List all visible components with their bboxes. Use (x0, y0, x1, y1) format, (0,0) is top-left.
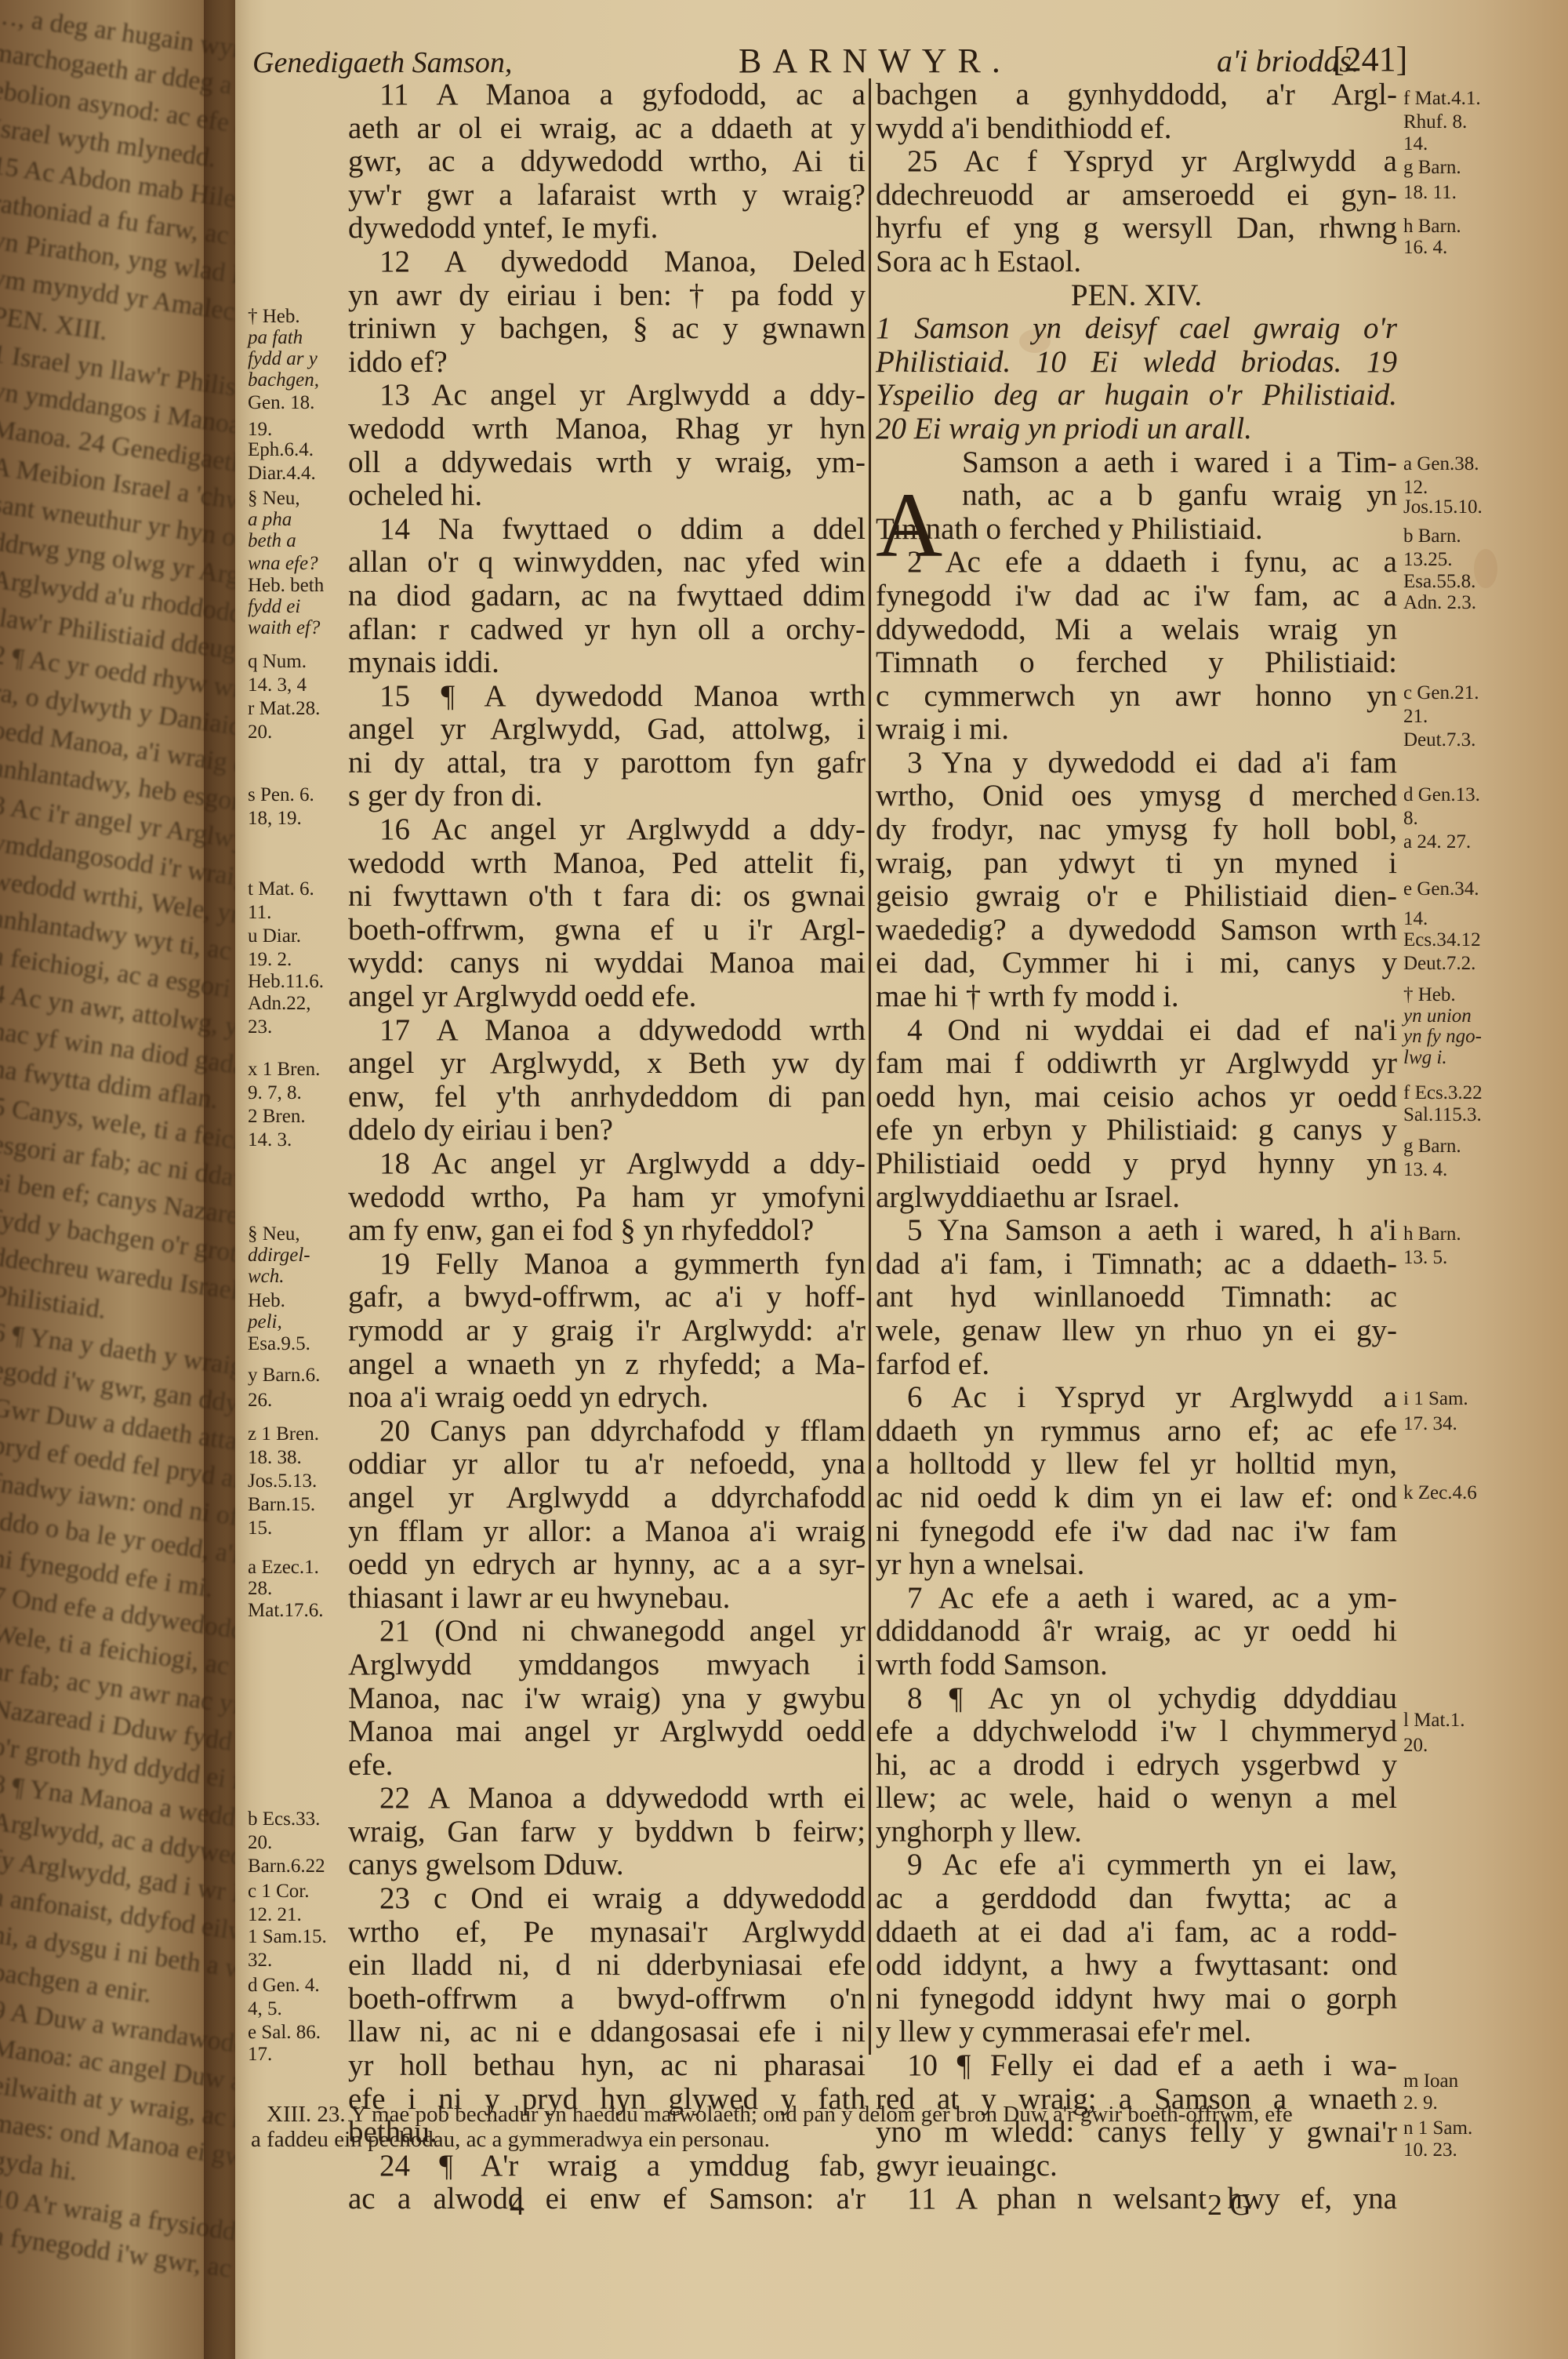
verse-line: oedd hyn, mai ceisio achos yr oedd (876, 1081, 1397, 1114)
cross-reference: yn fy ngo- (1403, 1026, 1482, 1047)
cross-reference: Ecs.34.12 (1403, 929, 1481, 951)
cross-reference: Heb. beth (248, 575, 324, 596)
verse-line: 18 Ac angel yr Arglwydd a ddy- (348, 1147, 866, 1181)
verse-line: Manoa mai angel yr Arglwydd oedd (348, 1715, 866, 1749)
cross-reference: 18. 38. (248, 1447, 302, 1468)
verse-line: ni dy attal, tra y parottom fyn gafr (348, 747, 866, 780)
verse-line: hyrfu ef yng g wersyll Dan, rhwng (876, 212, 1397, 245)
verse-line: oddiar yr allor tu a'r nefoedd, yna (348, 1448, 866, 1481)
cross-reference: beth a (248, 530, 296, 551)
verse-line: ddaeth yn rymmus arno ef; ac efe (876, 1415, 1397, 1448)
verse-line: ddelo dy eiriau i ben? (348, 1114, 866, 1147)
verse-line: angel yr Arglwydd a ddyrchafodd (348, 1481, 866, 1515)
verse-line: aeth ar ol ei wraig, ac a ddaeth at y (348, 112, 866, 146)
cross-reference: † Heb. (1403, 984, 1456, 1005)
cross-reference: 19. 2. (248, 949, 292, 970)
cross-reference: Gen. 18. (248, 392, 314, 413)
cross-reference: f Ecs.3.22 (1403, 1082, 1483, 1103)
cross-reference: 11. (248, 902, 271, 923)
verse-line: oedd yn edrych ar hynny, ac a a syr- (348, 1548, 866, 1582)
cross-reference: 19. (248, 419, 272, 440)
cross-reference: peli, (248, 1311, 282, 1332)
cross-reference: fydd ei (248, 596, 300, 617)
verse-line: y llew y cymmerasai efe'r mel. (876, 2016, 1397, 2049)
verse-line: ddywedodd, Mi a welais wraig yn (876, 613, 1397, 647)
book-gutter (204, 0, 251, 2359)
cross-reference: lwg i. (1403, 1047, 1447, 1068)
cross-reference: 20. (1403, 1735, 1428, 1756)
cross-reference: h Barn. (1403, 1223, 1461, 1245)
verse-line: ni fwyttawn o'th t fara di: os gwnai (348, 880, 866, 914)
chapter-summary-line: Philistiaid. 10 Ei wledd briodas. 19 (876, 346, 1397, 380)
left-page-line: PEN. XIII. (0, 301, 109, 347)
verse-line: 4 Ond ni wyddai ei dad ef na'i (876, 1014, 1397, 1048)
verse-line: angel a wnaeth yn z rhyfedd; a Ma- (348, 1348, 866, 1382)
verse-line: na diod gadarn, ac na fwyttaed ddim (348, 580, 866, 613)
cross-reference: waith ef? (248, 617, 320, 638)
column-rule (869, 78, 871, 2055)
verse-line: nath, ac a b ganfu wraig yn (876, 479, 1397, 513)
verse-line: yn awr dy eiriau i ben: † pa fodd y (348, 279, 866, 313)
cross-reference: § Neu, (248, 488, 300, 509)
cross-reference: fydd ar y (248, 348, 318, 369)
chapter-footnote: XIII. 23. Y mae pob bechadur yn haeddu m… (267, 2102, 1537, 2152)
verse-line: Timnath o ferched y Philistiaid. (876, 513, 1397, 547)
cross-reference: yn union (1403, 1005, 1472, 1027)
verse-line: 11 A phan n welsant hwy ef, yna (876, 2183, 1397, 2216)
cross-reference: ddirgel- (248, 1245, 310, 1266)
verse-line: wedodd wrth Manoa, Rhag yr hyn (348, 413, 866, 446)
verse-line: yn fflam yr allor: a Manoa a'i wraig (348, 1515, 866, 1549)
cross-reference: wch. (248, 1266, 285, 1287)
left-page-line: Philistiaid. (0, 1280, 108, 1325)
verse-line: gwr, ac a ddywedodd wrtho, Ai ti (348, 145, 866, 179)
verse-line: ni fynegodd efe i'w dad nac i'w fam (876, 1515, 1397, 1549)
verse-line: dad a'i fam, i Timnath; ac a ddaeth- (876, 1248, 1397, 1281)
cross-reference: bachgen, (248, 369, 319, 391)
verse-line: 13 Ac angel yr Arglwydd a ddy- (348, 379, 866, 413)
verse-line: 12 A dywedodd Manoa, Deled (348, 245, 866, 279)
cross-reference: i 1 Sam. (1403, 1388, 1468, 1409)
cross-reference: g Barn. (1403, 157, 1461, 178)
verse-line: efe. (348, 1749, 866, 1783)
verse-line: efe a ddychwelodd i'w l chymmeryd (876, 1715, 1397, 1749)
left-page-line: gyda hi. (0, 2146, 79, 2187)
cross-reference: Deut.7.2. (1403, 953, 1475, 974)
verse-line: 3 Yna y dywedodd ei dad a'i fam (876, 747, 1397, 780)
cross-reference: t Mat. 6. (248, 878, 314, 900)
verse-line: ac nid oedd k dim yn ei law ef: ond (876, 1481, 1397, 1515)
verse-line: efe yn erbyn y Philistiaid: g canys y (876, 1114, 1397, 1147)
verse-line: ddiddanodd â'r wraig, ac yr oedd hi (876, 1615, 1397, 1648)
cross-reference: Mat.17.6. (248, 1600, 324, 1621)
verse-line: ein lladd ni, d ni dderbyniasai efe (348, 1949, 866, 1983)
cross-reference: 20. (248, 722, 272, 743)
cross-reference: 14. 3, 4 (248, 674, 307, 696)
cross-reference: x 1 Bren. (248, 1059, 320, 1080)
cross-reference: 13.25. (1403, 549, 1453, 570)
verse-line: 20 Canys pan ddyrchafodd y fflam (348, 1415, 866, 1448)
cross-reference: h Barn. (1403, 216, 1461, 237)
verse-line: boeth-offrwm, gwna ef u i'r Argl- (348, 914, 866, 947)
verse-line: wydd: canys ni wyddai Manoa mai (348, 947, 866, 980)
cross-reference: Esa.55.8. (1403, 571, 1475, 592)
cross-reference: Sal.115.3. (1403, 1104, 1482, 1125)
cross-reference: g Barn. (1403, 1136, 1461, 1157)
verse-line: ocheled hi. (348, 479, 866, 513)
cross-reference: 13. 5. (1403, 1247, 1447, 1268)
running-title-left: Genedigaeth Samson, (252, 45, 512, 80)
cross-reference: Heb.11.6. (248, 971, 324, 992)
verse-line: waededig? a dywedodd Samson wrth (876, 914, 1397, 947)
verse-line: ddechreuodd ar amseroedd ei gyn- (876, 179, 1397, 213)
cross-reference: pa fath (248, 327, 303, 348)
cross-reference: 2 Bren. (248, 1106, 306, 1127)
cross-reference: l Mat.1. (1403, 1710, 1465, 1731)
verse-line: noa a'i wraig oedd yn edrych. (348, 1381, 866, 1415)
verse-line: farfod ef. (876, 1348, 1397, 1382)
verse-line: wedodd wrth Manoa, Ped attelit fi, (348, 847, 866, 881)
cross-reference: e Sal. 86. (248, 2022, 321, 2043)
verse-line: angel yr Arglwydd, x Beth yw dy (348, 1047, 866, 1081)
cross-reference: 14. (1403, 133, 1428, 154)
cross-reference: y Barn.6. (248, 1365, 320, 1386)
facing-left-page: …, a deg ar hugain wyrion…marchogaeth ar… (0, 0, 235, 2359)
cross-reference: u Diar. (248, 925, 301, 947)
cross-reference: m Ioan (1403, 2070, 1458, 2092)
cross-reference: c 1 Cor. (248, 1881, 309, 1902)
cross-reference: c Gen.21. (1403, 682, 1479, 703)
verse-line: yr holl bethau hyn, ac ni pharasai (348, 2049, 866, 2083)
verse-line: ei dad, Cymmer hi i mi, canys y (876, 947, 1397, 980)
verse-line: fam mai f oddiwrth yr Arglwydd yr (876, 1047, 1397, 1081)
cross-reference: 14. 3. (248, 1129, 292, 1150)
verse-line: s ger dy fron di. (348, 780, 866, 813)
verse-line: 21 (Ond ni chwanegodd angel yr (348, 1615, 866, 1648)
verse-line: ac a alwodd ei enw ef Samson: a'r (348, 2183, 866, 2216)
cross-reference: Jos.15.10. (1403, 496, 1483, 518)
verse-line: llaw ni, ac ni e ddangosasai efe i ni (348, 2016, 866, 2049)
book-title: BARNWYR. (739, 41, 1011, 81)
verse-line: Timnath o ferched y Philistiaid: (876, 646, 1397, 680)
cross-reference: 12. 21. (248, 1904, 302, 1925)
verse-line: oll a ddywedais wrth y wraig, ym- (348, 446, 866, 480)
verse-line: odd iddynt, a hwy a fwyttasant: ond (876, 1949, 1397, 1983)
cross-reference: Deut.7.3. (1403, 729, 1475, 751)
verse-line: dywedodd yntef, Ie myfi. (348, 212, 866, 245)
verse-line: ynghorph y llew. (876, 1816, 1397, 1849)
verse-line: Arglwydd ymddangos mwyach i (348, 1648, 866, 1682)
cross-reference: † Heb. (248, 306, 300, 327)
verse-line: 10 ¶ Felly ei dad ef a aeth i wa- (876, 2049, 1397, 2083)
signature-mark-left: 4 (510, 2188, 524, 2223)
cross-reference: Esa.9.5. (248, 1333, 310, 1354)
cross-reference: 12. (1403, 477, 1428, 498)
verse-line: enw, fel y'th anrhydeddom di pan (348, 1081, 866, 1114)
cross-reference: Heb. (248, 1290, 285, 1311)
cross-reference: b Barn. (1403, 525, 1461, 547)
verse-line: wraig, Gan farw y byddwn b feirw; (348, 1816, 866, 1849)
verse-line: 11 A Manoa a gyfododd, ac a (348, 78, 866, 112)
cross-reference: 13. 4. (1403, 1159, 1447, 1180)
chapter-summary-line: Yspeilio deg ar hugain o'r Philistiaid. (876, 379, 1397, 413)
verse-line: wraig, pan ydwyt ti yn myned i (876, 847, 1397, 881)
verse-line: llew; ac wele, haid o wenyn a mel (876, 1782, 1397, 1816)
cross-reference: f Mat.4.1. (1403, 88, 1481, 109)
cross-reference: 14. (1403, 908, 1428, 929)
cross-reference: Diar.4.4. (248, 463, 316, 484)
verse-line: wrtho ef, Pe mynasai'r Arglwydd (348, 1916, 866, 1950)
verse-line: c cymmerwch yn awr honno yn (876, 680, 1397, 714)
cross-reference: 28. (248, 1578, 272, 1599)
cross-reference: wna efe? (248, 553, 318, 574)
verse-line: ant hyd winllanoedd Timnath: ac (876, 1281, 1397, 1314)
verse-line: 5 Yna Samson a aeth i wared, h a'i (876, 1214, 1397, 1248)
cross-reference: 16. 4. (1403, 237, 1447, 258)
verse-line: allan o'r q winwydden, nac yfed win (348, 546, 866, 580)
chapter-summary-line: 1 Samson yn deisyf cael gwraig o'r (876, 312, 1397, 346)
verse-line: 9 Ac efe a'i cymmerth yn ei law, (876, 1848, 1397, 1882)
cross-reference: s Pen. 6. (248, 784, 314, 805)
cross-reference: 23. (248, 1016, 272, 1038)
cross-reference: 4, 5. (248, 1998, 282, 2019)
chapter-summary-line: 20 Ei wraig yn priodi un arall. (876, 413, 1397, 446)
cross-reference: Barn.15. (248, 1494, 315, 1515)
cross-reference: § Neu, (248, 1223, 300, 1245)
cross-reference: z 1 Bren. (248, 1423, 319, 1445)
verse-line: wrth fodd Samson. (876, 1648, 1397, 1682)
verse-line: aflan: r cadwed yr hyn oll a orchy- (348, 613, 866, 647)
verse-line: angel yr Arglwydd, Gad, attolwg, i (348, 713, 866, 747)
cross-reference: a 24. 27. (1403, 831, 1471, 852)
cross-reference: 21. (1403, 706, 1428, 727)
signature-mark-right: 2 G (1207, 2188, 1251, 2223)
verse-line: triniwn y bachgen, § ac y gwnawn (348, 312, 866, 346)
verse-line: fynegodd i'w dad ac i'w fam, ac a (876, 580, 1397, 613)
verse-line: wrtho, Onid oes ymysg d merched (876, 780, 1397, 813)
verse-line: iddo ef? (348, 346, 866, 380)
cross-reference: 9. 7, 8. (248, 1082, 302, 1103)
verse-line: gwyr ieuaingc. (876, 2150, 1397, 2183)
verse-line: boeth-offrwm a bwyd-offrwm o'n (348, 1983, 866, 2016)
verse-line: 23 c Ond ei wraig a ddywedodd (348, 1882, 866, 1916)
cross-reference: d Gen. 4. (248, 1975, 320, 1996)
verse-line: gafr, a bwyd-offrwm, ac a'i y hoff- (348, 1281, 866, 1314)
cross-reference: 18, 19. (248, 808, 302, 829)
cross-reference: 32. (248, 1950, 272, 1971)
verse-line: canys gwelsom Dduw. (348, 1848, 866, 1882)
cross-reference: 17. (248, 2044, 272, 2065)
page-number: [241] (1333, 39, 1407, 79)
cross-reference: Eph.6.4. (248, 439, 314, 460)
cross-reference: 18. 11. (1403, 182, 1457, 203)
verse-line: 17 A Manoa a ddywedodd wrth (348, 1014, 866, 1048)
verse-line: 2 Ac efe a ddaeth i fynu, ac a (876, 546, 1397, 580)
text-column-left: 11 A Manoa a gyfododd, ac aaeth ar ol ei… (348, 78, 866, 2216)
cross-reference: 20. (248, 1832, 272, 1853)
text-column-right: bachgen a gynhyddodd, a'r Argl-wydd a'i … (876, 78, 1397, 2216)
verse-line: wraig i mi. (876, 713, 1397, 747)
verse-line: 7 Ac efe a aeth i wared, ac a ym- (876, 1582, 1397, 1616)
verse-line: 25 Ac f Yspryd yr Arglwydd a (876, 145, 1397, 179)
cross-reference: Rhuf. 8. (1403, 111, 1467, 133)
cross-reference: 8. (1403, 808, 1418, 829)
verse-line: Philistiaid oedd y pryd hynny yn (876, 1147, 1397, 1181)
verse-line: thiasant i lawr ar eu hwynebau. (348, 1582, 866, 1616)
cross-reference: r Mat.28. (248, 698, 320, 719)
verse-line: yw'r gwr a lafaraist wrth y wraig? (348, 179, 866, 213)
verse-line: 16 Ac angel yr Arglwydd a ddy- (348, 813, 866, 847)
verse-line: 24 ¶ A'r wraig a ymddug fab, (348, 2150, 866, 2183)
cross-reference: b Ecs.33. (248, 1808, 320, 1830)
cross-reference: Barn.6.22 (248, 1856, 325, 1877)
cross-reference: Adn.22, (248, 993, 311, 1014)
cross-reference: 15. (248, 1518, 272, 1539)
verse-line: dy frodyr, nac ymysg fy holl bobl, (876, 813, 1397, 847)
verse-line: 15 ¶ A dywedodd Manoa wrth (348, 680, 866, 714)
verse-line: Manoa, nac i'w wraig) yna y gwybu (348, 1682, 866, 1716)
verse-line: 14 Na fwyttaed o ddim a ddel (348, 513, 866, 547)
verse-line: rymodd ar y graig i'r Arglwydd: a'r (348, 1314, 866, 1348)
verse-line: 8 ¶ Ac yn ol ychydig ddyddiau (876, 1682, 1397, 1716)
verse-line: ddaeth at ei dad a'i fam, ac a rodd- (876, 1916, 1397, 1950)
cross-reference: e Gen.34. (1403, 878, 1479, 900)
verse-line: yr hyn a wnelsai. (876, 1548, 1397, 1582)
verse-line: am fy enw, gan ei fod § yn rhyfeddol? (348, 1214, 866, 1248)
verse-line: wydd a'i bendithiodd ef. (876, 112, 1397, 146)
cross-reference: Jos.5.13. (248, 1470, 317, 1492)
cross-reference: q Num. (248, 651, 307, 672)
cross-reference: d Gen.13. (1403, 784, 1480, 805)
cross-reference: a Gen.38. (1403, 453, 1479, 474)
footnote-line: XIII. 23. Y mae pob bechadur yn haeddu m… (267, 2102, 1537, 2127)
verse-line: mae hi † wrth fy modd i. (876, 980, 1397, 1014)
cross-reference: 1 Sam.15. (248, 1926, 327, 1947)
cross-reference: 26. (248, 1390, 272, 1411)
verse-line: 6 Ac i Yspryd yr Arglwydd a (876, 1381, 1397, 1415)
footnote-line: a faddeu ein pechodau, ac a gymmeradwya … (251, 2127, 1537, 2152)
paper-stain (1474, 549, 1497, 588)
cross-reference: a pha (248, 509, 292, 530)
verse-line: a holltodd y llew fel yr holltid myn, (876, 1448, 1397, 1481)
verse-line: bachgen a gynhyddodd, a'r Argl- (876, 78, 1397, 112)
cross-reference: 17. 34. (1403, 1413, 1457, 1434)
verse-line: Sora ac h Estaol. (876, 245, 1397, 279)
verse-line: Samson a aeth i wared i a Tim- (876, 446, 1397, 480)
cross-reference: a Ezec.1. (248, 1557, 319, 1578)
verse-line: geisio gwraig o'r e Philistiaid dien- (876, 880, 1397, 914)
verse-line: ni fynegodd iddynt hwy mai o gorph (876, 1983, 1397, 2016)
cross-reference: k Zec.4.6 (1403, 1482, 1477, 1503)
verse-line: arglwyddiaethu ar Israel. (876, 1181, 1397, 1215)
verse-line: ac a gerddodd dan fwytta; ac a (876, 1882, 1397, 1916)
verse-line: mynais iddi. (348, 646, 866, 680)
verse-line: wele, genaw llew yn rhuo yn ei gy- (876, 1314, 1397, 1348)
verse-line: 22 A Manoa a ddywedodd wrth ei (348, 1782, 866, 1816)
chapter-heading: PEN. XIV. (876, 279, 1397, 313)
verse-line: wedodd wrtho, Pa ham yr ymofyni (348, 1181, 866, 1215)
verse-line: 19 Felly Manoa a gymmerth fyn (348, 1248, 866, 1281)
cross-reference: Adn. 2.3. (1403, 592, 1476, 613)
verse-line: hi, ac a drodd i edrych ysgerbwd y (876, 1749, 1397, 1783)
verse-line: angel yr Arglwydd oedd efe. (348, 980, 866, 1014)
